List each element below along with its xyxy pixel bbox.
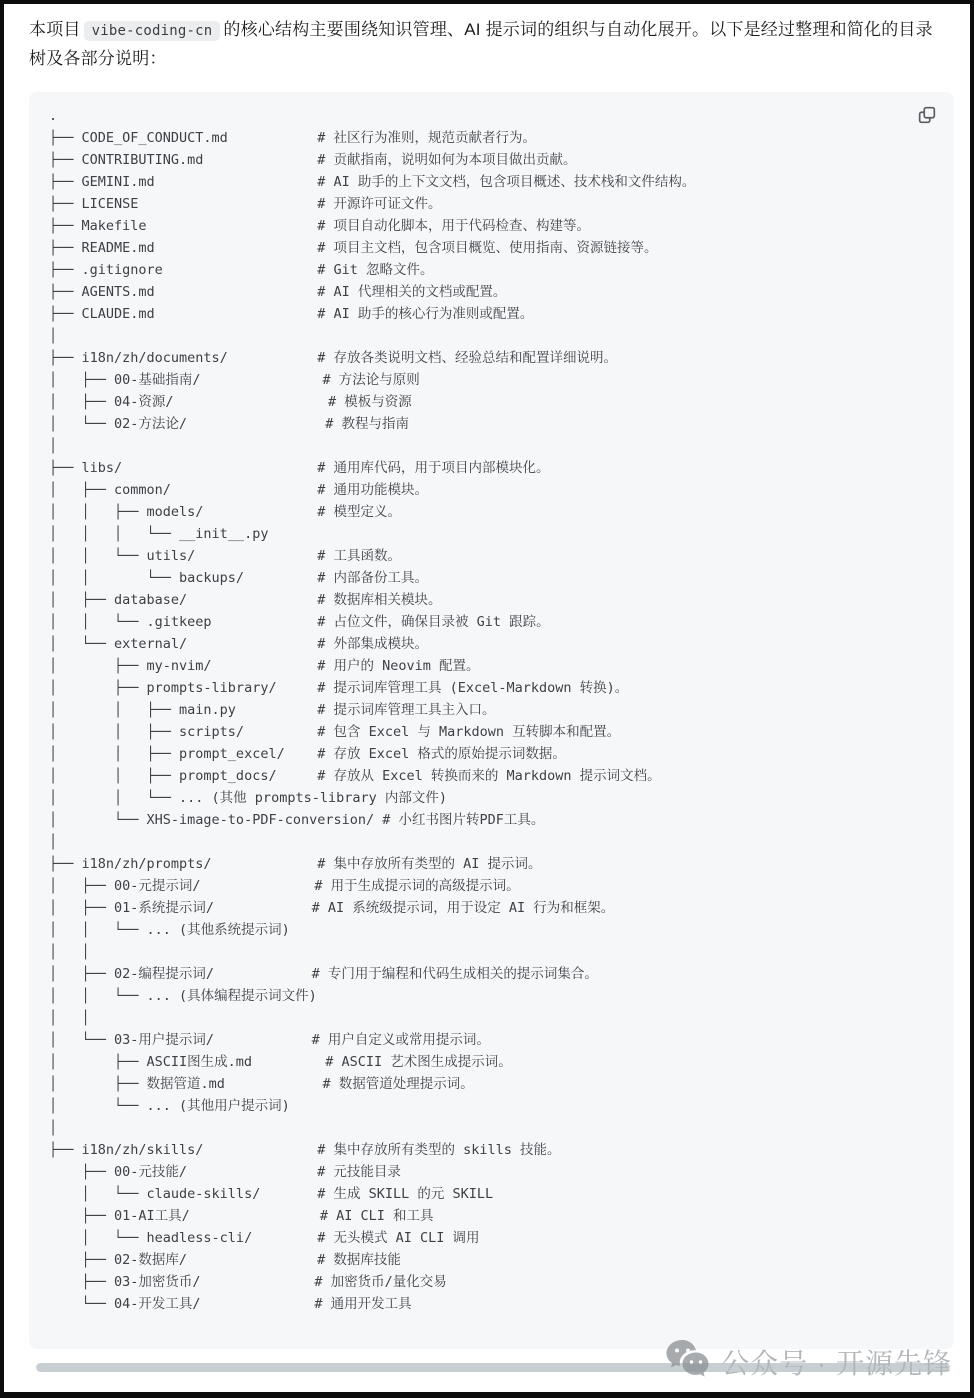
copy-icon xyxy=(916,104,938,126)
wechat-icon xyxy=(665,1338,711,1385)
watermark-text: 公众号 · 开源先锋 xyxy=(721,1342,952,1382)
intro-text-before: 本项目 xyxy=(29,20,81,39)
copy-code-button[interactable] xyxy=(912,100,942,130)
intro-paragraph: 本项目vibe-coding-cn的核心结构主要围绕知识管理、AI 提示词的组织… xyxy=(29,16,944,72)
watermark: 公众号 · 开源先锋 xyxy=(665,1338,952,1385)
inline-code-project-name: vibe-coding-cn xyxy=(84,21,221,41)
code-block: . ├── CODE_OF_CONDUCT.md # 社区行为准则，规范贡献者行… xyxy=(29,92,954,1349)
directory-tree: . ├── CODE_OF_CONDUCT.md # 社区行为准则，规范贡献者行… xyxy=(49,105,936,1315)
